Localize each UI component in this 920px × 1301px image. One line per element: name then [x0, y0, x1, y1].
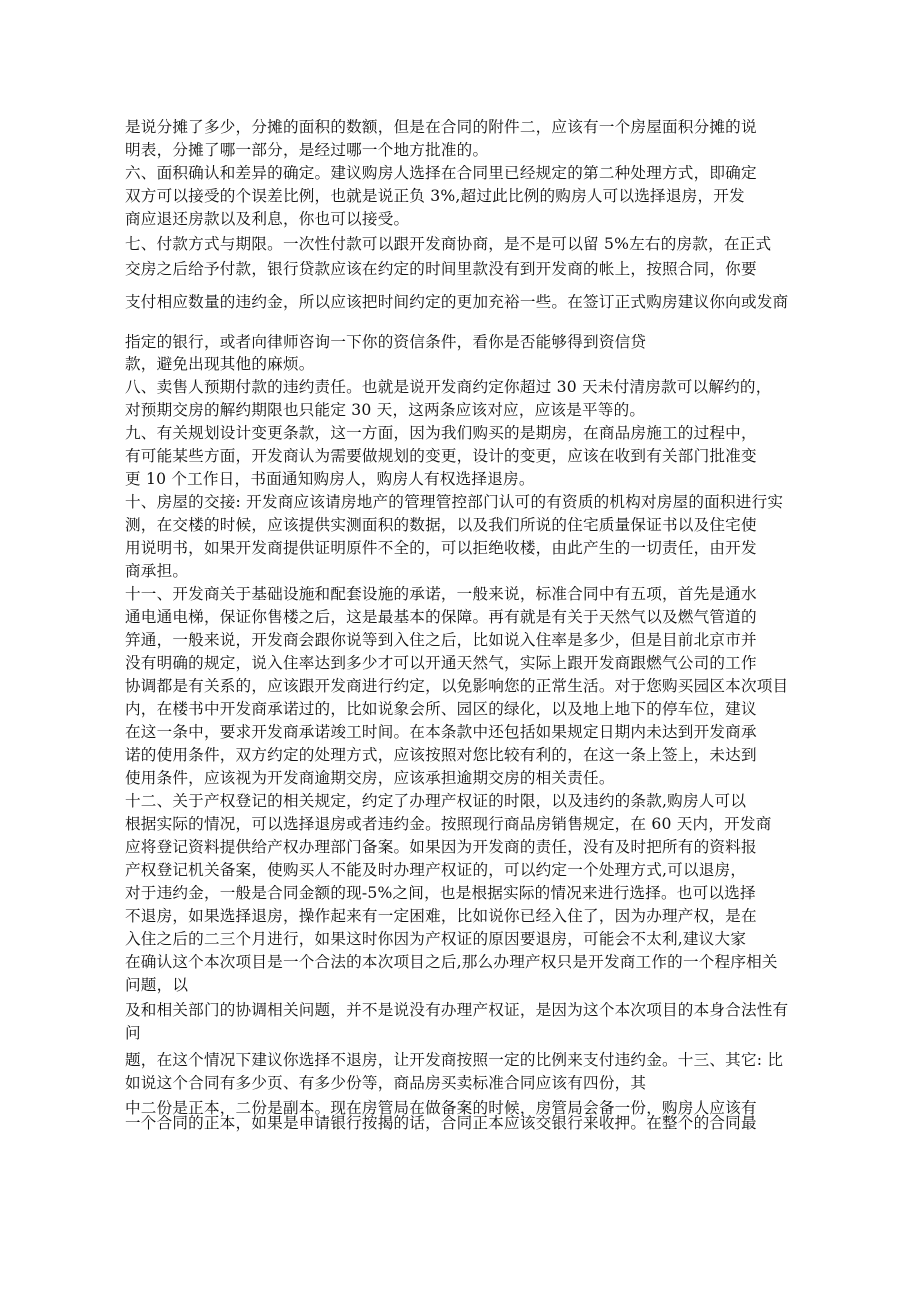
text-line: 用说明书，如果开发商提供证明原件不全的，可以拒绝收楼，由此产生的一切责任，由开发 [125, 538, 757, 558]
text-line: 诺的使用条件，双方约定的处理方式，应该按照对您比较有利的，在这一条上签上，未达到 [125, 745, 757, 765]
text-line: 十二、关于产权登记的相关规定，约定了办理产权证的时限，以及违约的条款,购房人可以 [125, 791, 746, 811]
text-line: 协调都是有关系的，应该跟开发商进行约定，以免影响您的正常生活。对于您购买园区本次… [125, 676, 788, 696]
text-line: 入住之后的二三个月进行，如果这时你因为产权证的原因要退房，可能会不太利,建议大家 [125, 929, 746, 949]
text-line: 应将登记资料提供给产权办理部门备案。如果因为开发商的责任，没有及时把所有的资料报 [125, 837, 757, 857]
text-line: 没有明确的规定，说入住率达到多少才可以开通天然气，实际上跟开发商跟燃气公司的工作 [125, 653, 757, 673]
text-line: 不退房，如果选择退房，操作起来有一定困难，比如说你已经入住了，因为办理产权，是在 [125, 906, 757, 926]
text-line: 对于违约金，一般是合同金额的现-5%之间，也是根据实际的情况来进行选择。也可以选… [125, 883, 756, 903]
text-line: 笄通，一般来说，开发商会跟你说等到入住之后，比如说入住率是多少，但是目前北京市并 [125, 630, 757, 650]
text-line: 对预期交房的解约期限也只能定 30 天，这两条应该对应，应该是平等的。 [125, 400, 645, 420]
text-line: 问题，以 [125, 975, 188, 995]
text-line: 如说这个合同有多少页、有多少份等，商品房买卖标准合同应该有四份，其 [125, 1073, 646, 1093]
text-line: 在这一条中，要求开发商承诺竣工时间。在本条款中还包括如果规定日期内未达到开发商承 [125, 722, 757, 742]
document-page: 是说分摊了多少，分摊的面积的数额，但是在合同的附件二，应该有一个房屋面积分摊的说… [0, 0, 920, 1301]
text-line: 是说分摊了多少，分摊的面积的数额，但是在合同的附件二，应该有一个房屋面积分摊的说 [125, 117, 757, 137]
text-line: 使用条件，应该视为开发商逾期交房，应该承担逾期交房的相关责任。 [125, 768, 615, 788]
text-line: 明表，分摊了哪一部分，是经过哪一个地方批准的。 [125, 140, 488, 160]
text-line: 测，在交楼的时候，应该提供实测面积的数据，以及我们所说的住宅质量保证书以及住宅使 [125, 515, 757, 535]
text-line: 指定的银行，或者向律师咨询一下你的资信条件，看你是否能够得到资信贷 [125, 332, 646, 352]
text-line: 一个合同的正本，如果是申请银行按揭的话，合同正本应该交银行来收押。在整个的合同最 [125, 1113, 757, 1133]
text-line: 款，避免出现其他的麻烦。 [125, 354, 315, 374]
text-line: 有可能某些方面，开发商认为需要做规划的变更，设计的变更，应该在收到有关部门批准变 [125, 446, 757, 466]
text-line: 交房之后给予付款，银行贷款应该在约定的时间里款没有到开发商的帐上，按照合同，你要 [125, 259, 757, 279]
text-line: 产权登记机关备案，使购买人不能及时办理产权证的，可以约定一个处理方式,可以退房， [125, 860, 746, 880]
text-line: 八、卖售人预期付款的违约责任。也就是说开发商约定你超过 30 天未付清房款可以解… [125, 377, 772, 397]
text-line: 在确认这个本次项目是一个合法的本次项目之后,那么办理产权只是开发商工作的一个程序… [125, 952, 778, 972]
text-line: 题，在这个情况下建议你选择不退房，让开发商按照一定的比例来支付违约金。十三、其它… [125, 1050, 783, 1070]
text-line: 更 10 个工作日，书面通知购房人，购房人有权选择退房。 [125, 469, 535, 489]
text-line: 十一、开发商关于基础设施和配套设施的承诺，一般来说，标准合同中有五项，首先是通水 [125, 584, 757, 604]
text-line: 支付相应数量的违约金，所以应该把时间约定的更加充裕一些。在签订正式购房建议你向或… [125, 292, 788, 312]
text-line: 及和相关部门的协调相关问题，并不是说没有办理产权证，是因为这个本次项目的本身合法… [125, 1000, 788, 1020]
text-line: 问 [125, 1023, 141, 1043]
text-line: 通电通电梯，保证你售楼之后，这是最基本的保障。再有就是有关于天然气以及燃气管道的 [125, 607, 757, 627]
text-line: 七、付款方式与期限。一次性付款可以跟开发商协商，是不是可以留 5%左右的房款，在… [125, 234, 771, 254]
text-line: 双方可以接受的个误差比例，也就是说正负 3%,超过此比例的购房人可以选择退房，开… [125, 186, 745, 206]
text-line: 商承担。 [125, 561, 188, 581]
text-line: 内，在楼书中开发商承诺过的，比如说象会所、园区的绿化，以及地上地下的停车位，建议 [125, 699, 757, 719]
text-line: 根据实际的情况，可以选择退房或者违约金。按照现行商品房销售规定，在 60 天内，… [125, 814, 772, 834]
text-line: 十、房屋的交接: 开发商应该请房地产的管理管控部门认可的有资质的机构对房屋的面积… [125, 492, 783, 512]
text-line: 六、面积确认和差异的确定。建议购房人选择在合同里已经规定的第二种处理方式，即确定 [125, 163, 757, 183]
text-line: 商应退还房款以及利息，你也可以接受。 [125, 209, 409, 229]
text-line: 九、有关规划设计变更条款，这一方面，因为我们购买的是期房，在商品房施工的过程中， [125, 423, 757, 443]
